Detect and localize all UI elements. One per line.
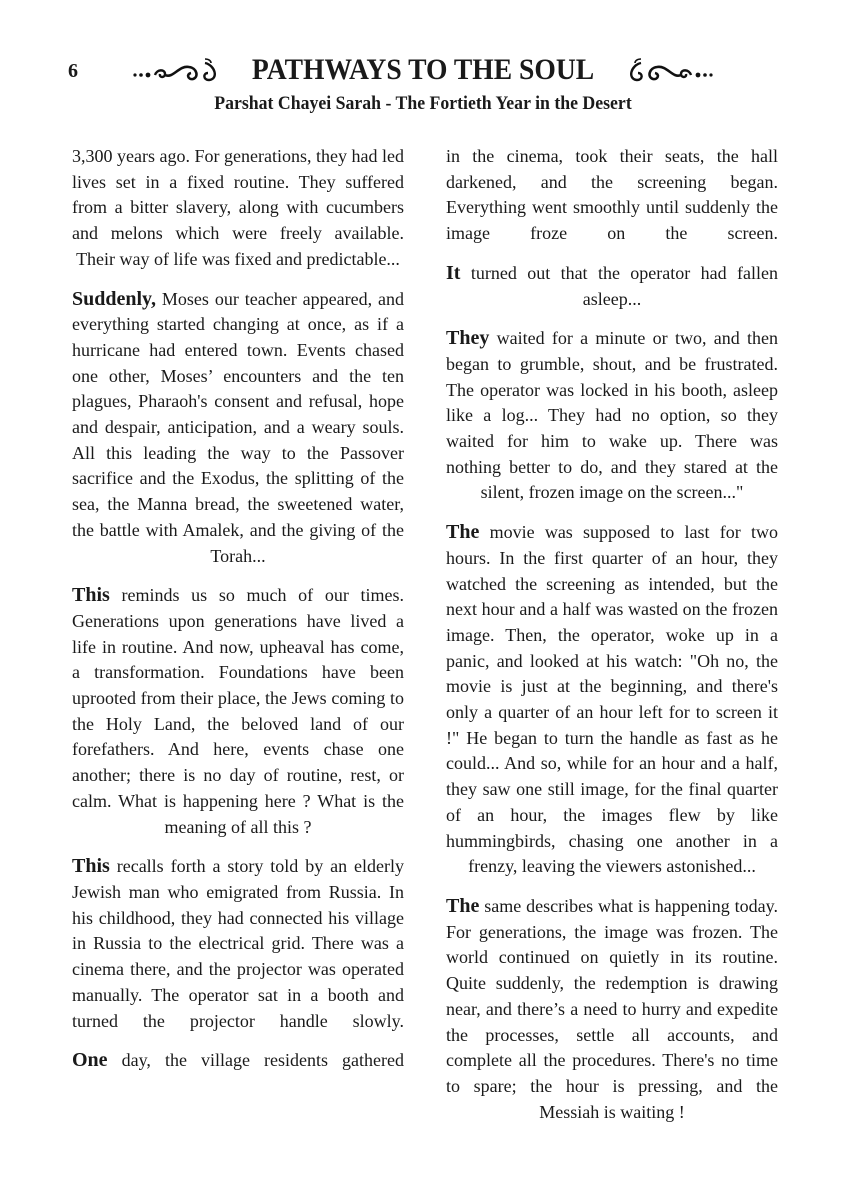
paragraph-text: recalls forth a story told by an elderly… bbox=[72, 856, 404, 1030]
paragraph-text: same describes what is happening today. … bbox=[446, 896, 778, 1122]
paragraph: in the cinema, took their seats, the hal… bbox=[446, 144, 778, 247]
paragraph-lead-word: Suddenly, bbox=[72, 288, 156, 310]
paragraph-lead-word: This bbox=[72, 584, 110, 606]
paragraph-lead-word: It bbox=[446, 262, 460, 284]
paragraph-text: 3,300 years ago. For generations, they h… bbox=[72, 146, 404, 269]
left-scroll-ornament-icon bbox=[131, 55, 231, 85]
paragraph-lead-word: They bbox=[446, 327, 489, 349]
paragraph-text: Moses our teacher appeared, and everythi… bbox=[72, 289, 404, 566]
masthead: PATHWAYS TO THE SOUL bbox=[128, 50, 718, 90]
paragraph: This recalls forth a story told by an el… bbox=[72, 854, 404, 1034]
left-column: 3,300 years ago. For generations, they h… bbox=[72, 144, 404, 1088]
right-column: in the cinema, took their seats, the hal… bbox=[446, 144, 778, 1139]
paragraph: It turned out that the operator had fall… bbox=[446, 261, 778, 312]
paragraph-lead-word: This bbox=[72, 855, 110, 877]
paragraph: The movie was supposed to last for two h… bbox=[446, 520, 778, 880]
article-subtitle: Parshat Chayei Sarah - The Fortieth Year… bbox=[17, 94, 829, 115]
paragraph: One day, the village residents gathered bbox=[72, 1048, 404, 1074]
paragraph-text: in the cinema, took their seats, the hal… bbox=[446, 146, 778, 243]
paragraph: 3,300 years ago. For generations, they h… bbox=[72, 144, 404, 273]
paragraph-text: movie was supposed to last for two hours… bbox=[446, 522, 778, 876]
paragraph: The same describes what is happening tod… bbox=[446, 894, 778, 1125]
paragraph: Suddenly, Moses our teacher appeared, an… bbox=[72, 287, 404, 570]
paragraph-lead-word: The bbox=[446, 895, 479, 917]
paragraph-lead-word: The bbox=[446, 521, 479, 543]
paragraph-text: waited for a minute or two, and then beg… bbox=[446, 328, 778, 502]
paragraph-text: reminds us so much of our times. Generat… bbox=[72, 585, 404, 836]
paragraph: They waited for a minute or two, and the… bbox=[446, 326, 778, 506]
paragraph-text: day, the village residents gathered bbox=[108, 1050, 404, 1070]
paragraph-lead-word: One bbox=[72, 1049, 108, 1071]
page-number: 6 bbox=[68, 60, 78, 83]
paragraph-text: turned out that the operator had fallen … bbox=[460, 263, 778, 309]
paragraph: This reminds us so much of our times. Ge… bbox=[72, 583, 404, 840]
right-scroll-ornament-icon bbox=[615, 55, 715, 85]
publication-title: PATHWAYS TO THE SOUL bbox=[252, 53, 594, 87]
